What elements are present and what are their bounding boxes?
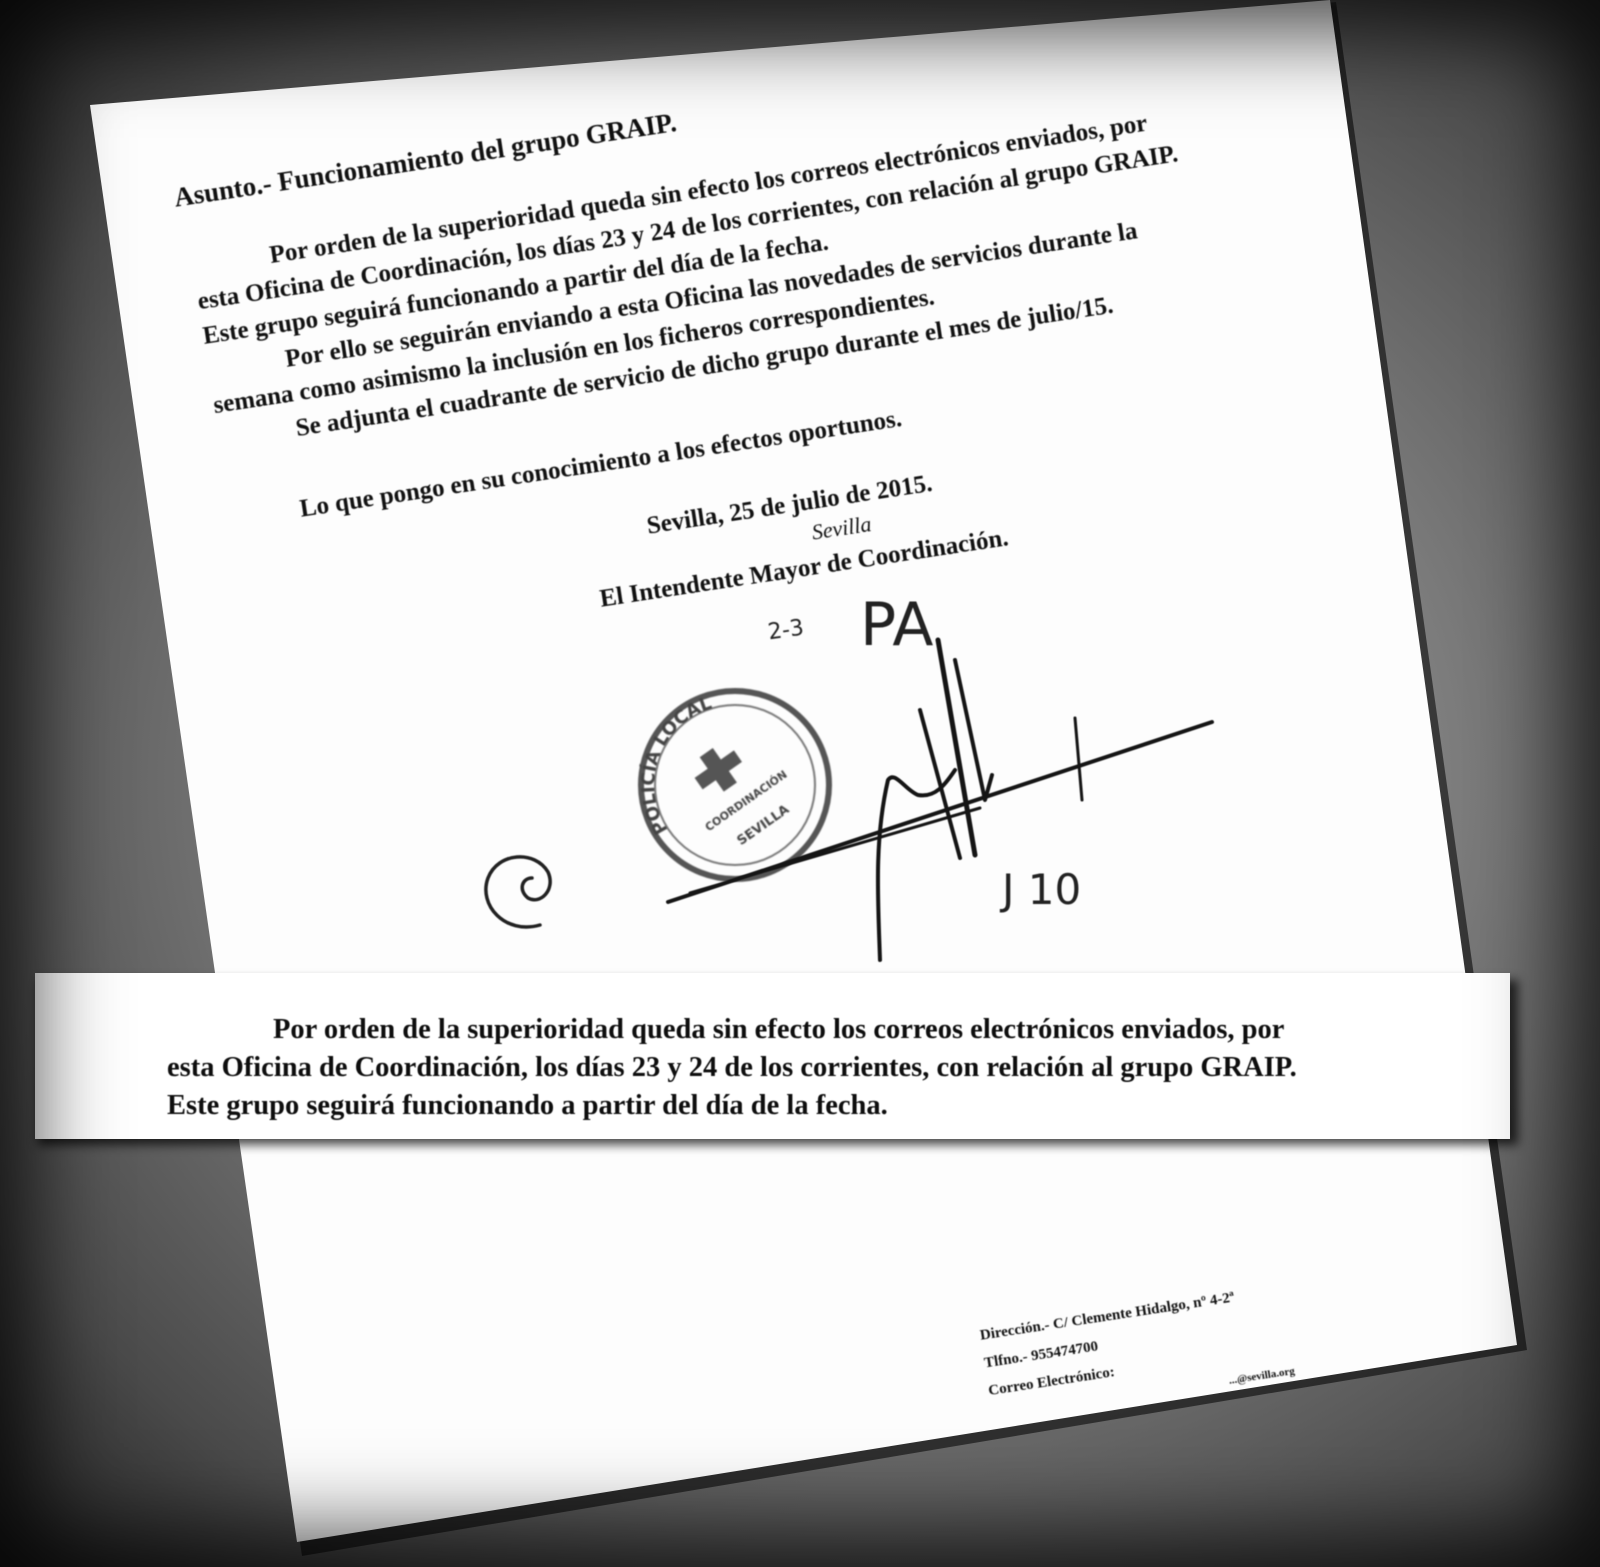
stamp-ring-text: POLICÍA LOCAL [638,693,714,838]
circled-at-symbol-icon [486,857,550,927]
signature-drawing: POLICÍA LOCAL COORDINACIÓN SEVILLA [0,0,1600,1567]
official-stamp-icon: POLICÍA LOCAL COORDINACIÓN SEVILLA [638,691,829,879]
highlighted-excerpt: Por orden de la superioridad queda sin e… [35,973,1510,1139]
excerpt-line: Por orden de la superioridad queda sin e… [167,1011,1510,1049]
excerpt-line: esta Oficina de Coordinación, los días 2… [167,1049,1510,1087]
excerpt-line: Este grupo seguirá funcionando a partir … [167,1087,1510,1125]
svg-text:POLICÍA LOCAL: POLICÍA LOCAL [638,693,714,838]
